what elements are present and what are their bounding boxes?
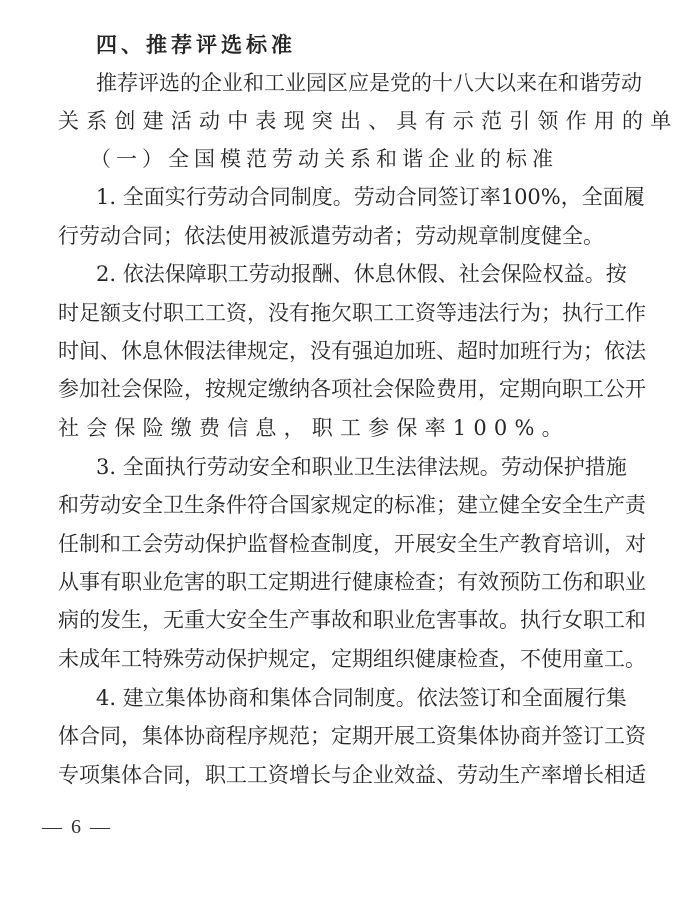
item-3-line: 和劳动安全卫生条件符合国家规定的标准；建立健全安全生产责 bbox=[58, 490, 575, 520]
item-4-line: 专项集体合同，职工工资增长与企业效益、劳动生产率增长相适 bbox=[58, 760, 575, 790]
item-2-line: 社会保险缴费信息，职工参保率100%。 bbox=[58, 413, 575, 443]
page-number: — 6 — bbox=[42, 816, 112, 839]
subsection-title: （一）全国模范劳动关系和谐企业的标准 bbox=[90, 144, 569, 174]
item-4-line: 体合同，集体协商程序规范；定期开展工资集体协商并签订工资 bbox=[58, 721, 575, 751]
item-3-line: 病的发生，无重大安全生产事故和职业危害事故。执行女职工和 bbox=[58, 605, 575, 635]
item-2-line: 时间、休息休假法律规定，没有强迫加班、超时加班行为；依法 bbox=[58, 336, 575, 366]
item-3-line: 未成年工特殊劳动保护规定，定期组织健康检查，不使用童工。 bbox=[58, 644, 575, 674]
item-3-line: 3. 全面执行劳动安全和职业卫生法律法规。劳动保护措施 bbox=[96, 452, 575, 482]
intro-line: 关系创建活动中表现突出、具有示范引领作用的单位。 bbox=[58, 106, 575, 136]
item-4-line: 4. 建立集体协商和集体合同制度。依法签订和全面履行集 bbox=[96, 683, 575, 713]
document-page: 四、推荐评选标准 推荐评选的企业和工业园区应是党的十八大以来在和谐劳动 关系创建… bbox=[0, 0, 679, 912]
item-3-line: 从事有职业危害的职工定期进行健康检查；有效预防工伤和职业 bbox=[58, 567, 575, 597]
section-title: 四、推荐评选标准 bbox=[96, 30, 575, 60]
item-1-line: 行劳动合同；依法使用被派遣劳动者；劳动规章制度健全。 bbox=[58, 221, 575, 251]
item-2-line: 2. 依法保障职工劳动报酬、休息休假、社会保险权益。按 bbox=[96, 259, 575, 289]
item-1-line: 1. 全面实行劳动合同制度。劳动合同签订率100%，全面履 bbox=[96, 182, 575, 212]
item-2-line: 时足额支付职工工资，没有拖欠职工工资等违法行为；执行工作 bbox=[58, 298, 575, 328]
intro-line: 推荐评选的企业和工业园区应是党的十八大以来在和谐劳动 bbox=[96, 68, 575, 98]
item-2-line: 参加社会保险，按规定缴纳各项社会保险费用，定期向职工公开 bbox=[58, 374, 575, 404]
item-3-line: 任制和工会劳动保护监督检查制度，开展安全生产教育培训，对 bbox=[58, 529, 575, 559]
